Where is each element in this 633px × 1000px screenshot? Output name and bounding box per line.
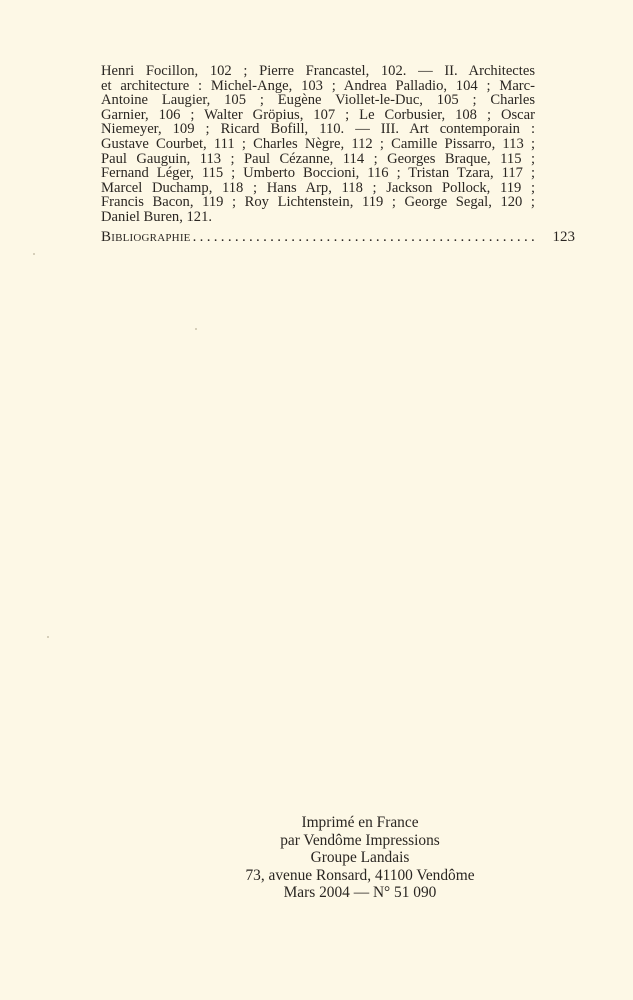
index-line: Antoine Laugier, 105 ; Eugène Viollet-le… bbox=[101, 93, 535, 108]
printer-colophon: Imprimé en France par Vendôme Impression… bbox=[200, 814, 520, 902]
colophon-line: Mars 2004 — N° 51 090 bbox=[200, 884, 520, 902]
index-line: Garnier, 106 ; Walter Gröpius, 107 ; Le … bbox=[101, 108, 535, 123]
paper-speck bbox=[47, 636, 49, 638]
index-line: Paul Gauguin, 113 ; Paul Cézanne, 114 ; … bbox=[101, 152, 535, 167]
index-line: Henri Focillon, 102 ; Pierre Francastel,… bbox=[101, 64, 535, 79]
colophon-line: Imprimé en France bbox=[200, 814, 520, 832]
index-line: et architecture : Michel-Ange, 103 ; And… bbox=[101, 79, 535, 94]
bibliography-title: Bibliographie bbox=[101, 229, 191, 246]
dot-leader: ........................................… bbox=[193, 229, 539, 246]
index-line: Gustave Courbet, 111 ; Charles Nègre, 11… bbox=[101, 137, 535, 152]
index-line: Niemeyer, 109 ; Ricard Bofill, 110. — II… bbox=[101, 122, 535, 137]
colophon-line: Groupe Landais bbox=[200, 849, 520, 867]
index-line: Fernand Léger, 115 ; Umberto Boccioni, 1… bbox=[101, 166, 535, 181]
toc-entry-bibliography: Bibliographie ..........................… bbox=[101, 229, 575, 246]
paper-speck bbox=[195, 328, 197, 330]
index-entries: Henri Focillon, 102 ; Pierre Francastel,… bbox=[101, 64, 535, 225]
bibliography-page-number: 123 bbox=[553, 229, 576, 246]
index-line: Francis Bacon, 119 ; Roy Lichtenstein, 1… bbox=[101, 195, 535, 210]
colophon-line: par Vendôme Impressions bbox=[200, 832, 520, 850]
colophon-line: 73, avenue Ronsard, 41100 Vendôme bbox=[200, 867, 520, 885]
index-line: Marcel Duchamp, 118 ; Hans Arp, 118 ; Ja… bbox=[101, 181, 535, 196]
index-line: Daniel Buren, 121. bbox=[101, 210, 535, 225]
paper-speck bbox=[33, 253, 35, 255]
